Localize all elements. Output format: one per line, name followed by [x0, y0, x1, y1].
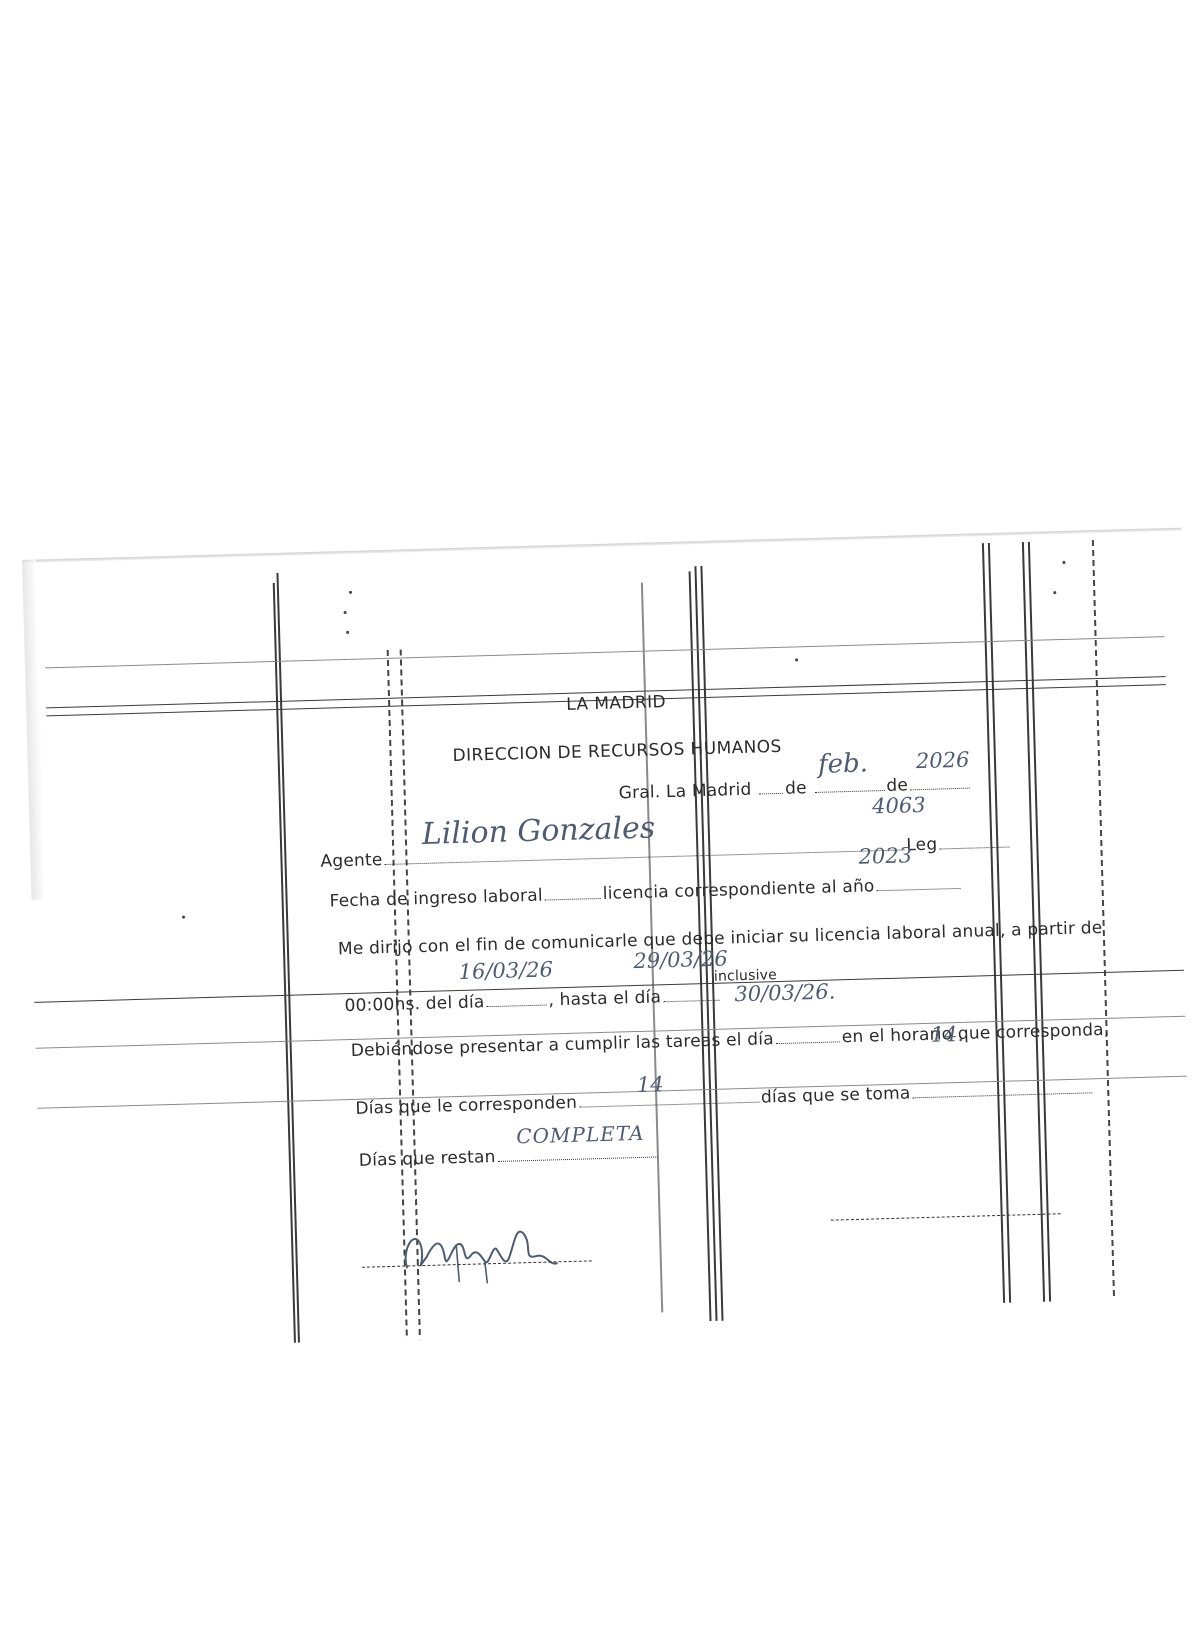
handwritten-from-date: 16/03/26: [458, 957, 553, 984]
period-line: 00:00hs. del día, hasta el día: [344, 986, 721, 1017]
licencia-label: licencia correspondiente al año: [602, 876, 874, 904]
days-line: Días que le correspondendías que se toma: [355, 1078, 1095, 1119]
blank-agent: [385, 848, 905, 865]
handwritten-licencia-year: 2023: [858, 843, 912, 868]
ingreso-label: Fecha de ingreso laboral: [329, 886, 543, 912]
return-suffix: en el horario que corresponda,: [842, 1020, 1110, 1047]
blank-to: [663, 999, 719, 1003]
handwritten-leg: 4063: [872, 793, 926, 818]
department-title: DIRECCION DE RECURSOS HUMANOS: [452, 737, 782, 766]
blank-return: [776, 1040, 840, 1044]
scanned-leave-form: LA MADRID DIRECCION DE RECURSOS HUMANOS …: [22, 528, 1200, 1420]
blank-month: [814, 789, 884, 793]
blank-year: [910, 787, 970, 791]
de-label: de: [785, 778, 807, 799]
ingreso-line: Fecha de ingreso laborallicencia corresp…: [329, 874, 962, 912]
blank-ingreso: [545, 897, 601, 901]
place-label: Gral. La Madrid: [618, 780, 751, 804]
return-label: Debiéndose presentar a cumplir las tarea…: [351, 1029, 775, 1061]
form-content: LA MADRID DIRECCION DE RECURSOS HUMANOS …: [22, 528, 1200, 1420]
org-name: LA MADRID: [566, 692, 666, 715]
agent-label: Agente: [320, 850, 383, 872]
handwritten-year: 2026: [916, 748, 970, 773]
blank-from: [487, 1004, 547, 1008]
to-label: , hasta el día: [548, 987, 661, 1010]
blank-corresponden: [579, 1101, 759, 1108]
corresponden-label: Días que le corresponden: [355, 1093, 577, 1119]
handwritten-return-date: 30/03/26.: [734, 979, 836, 1006]
blank-se-toma: [913, 1091, 1093, 1098]
se-toma-label: días que se toma: [761, 1083, 911, 1107]
blank-restan: [498, 1155, 658, 1161]
handwritten-month: feb.: [818, 748, 869, 779]
restan-line: Días que restan: [359, 1142, 660, 1170]
handwritten-days-taken: 14.: [930, 1022, 964, 1047]
signature-left: [396, 1213, 588, 1288]
blank-leg: [939, 846, 1009, 850]
return-line: Debiéndose presentar a cumplir las tarea…: [351, 1020, 1110, 1061]
from-label: 00:00hs. del día: [344, 992, 484, 1016]
blank-day: [759, 792, 783, 795]
restan-label: Días que restan: [359, 1147, 496, 1171]
signature-line-right: [831, 1213, 1061, 1220]
blank-licencia-year: [877, 887, 961, 891]
